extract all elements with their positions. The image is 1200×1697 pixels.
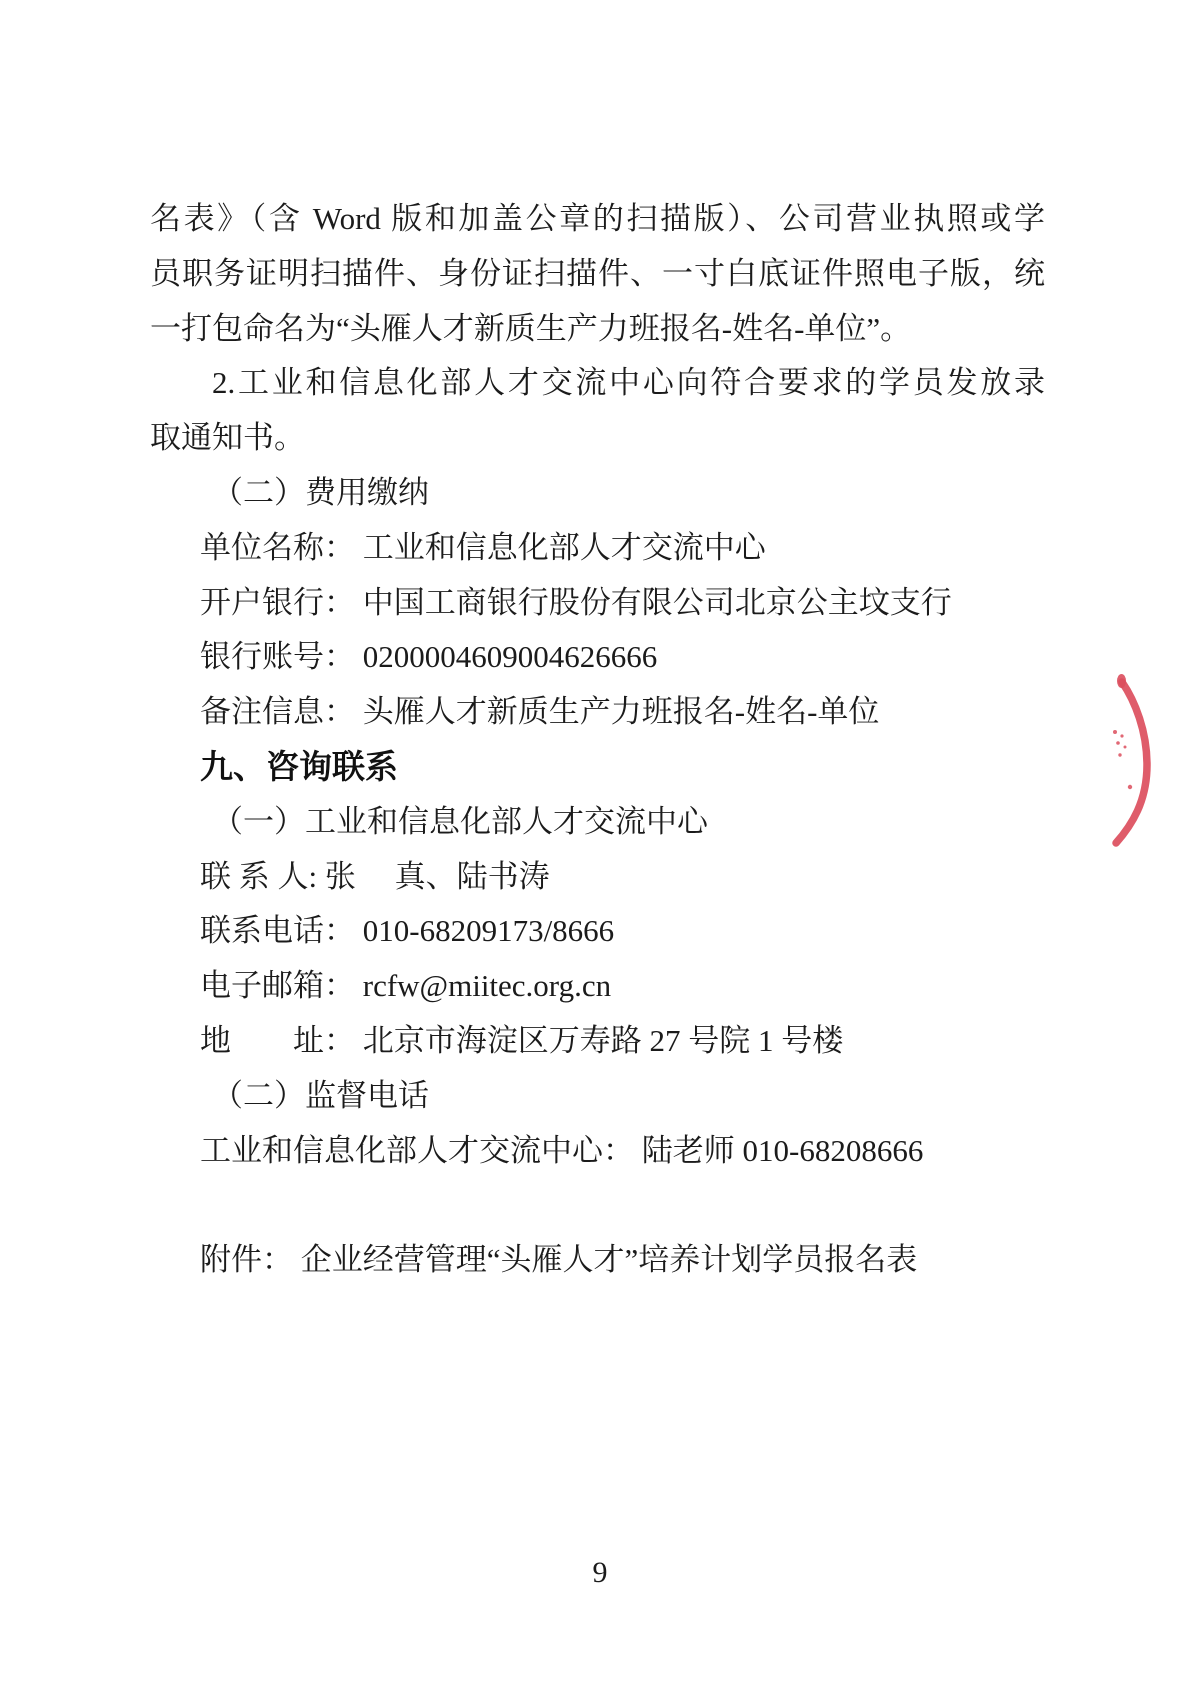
text-line: 名表》（含 Word 版和加盖公章的扫描版）、公司营业执照或学 bbox=[150, 192, 1045, 247]
red-seal-stamp bbox=[1100, 668, 1164, 853]
section-heading: 九、咨询联系 bbox=[150, 740, 1045, 795]
text-line: 地 址： 北京市海淀区万寿路 27 号院 1 号楼 bbox=[150, 1014, 1045, 1069]
text-line: 取通知书。 bbox=[150, 411, 1045, 466]
document-body: 名表》（含 Word 版和加盖公章的扫描版）、公司营业执照或学员职务证明扫描件、… bbox=[150, 192, 1045, 1288]
stamp-speckle bbox=[1128, 785, 1132, 789]
text-line: 电子邮箱： rcfw@miitec.org.cn bbox=[150, 959, 1045, 1014]
text-line: 员职务证明扫描件、身份证扫描件、一寸白底证件照电子版，统 bbox=[150, 247, 1045, 302]
stamp-arc bbox=[1116, 682, 1147, 843]
text-line: 单位名称： 工业和信息化部人才交流中心 bbox=[150, 521, 1045, 576]
text-line: 开户银行： 中国工商银行股份有限公司北京公主坟支行 bbox=[150, 576, 1045, 631]
text-line: 联 系 人: 张 真、陆书涛 bbox=[150, 850, 1045, 905]
stamp-ink-blob bbox=[1117, 674, 1126, 688]
document-page: 名表》（含 Word 版和加盖公章的扫描版）、公司营业执照或学员职务证明扫描件、… bbox=[0, 0, 1200, 1697]
text-line: 2.工业和信息化部人才交流中心向符合要求的学员发放录 bbox=[150, 356, 1045, 411]
text-line: 银行账号： 0200004609004626666 bbox=[150, 630, 1045, 685]
stamp-speckle bbox=[1113, 730, 1117, 734]
text-line: 备注信息： 头雁人才新质生产力班报名-姓名-单位 bbox=[150, 685, 1045, 740]
text-line: 联系电话： 010-68209173/8666 bbox=[150, 904, 1045, 959]
red-seal-stamp-graphic bbox=[1100, 668, 1164, 853]
text-line: 工业和信息化部人才交流中心： 陆老师 010-68208666 bbox=[150, 1124, 1045, 1179]
text-line: （二）费用缴纳 bbox=[150, 466, 1045, 521]
text-line: 附件： 企业经营管理“头雁人才”培养计划学员报名表 bbox=[150, 1233, 1045, 1288]
blank-line bbox=[150, 1178, 1045, 1233]
page-number: 9 bbox=[0, 1556, 1200, 1590]
text-line: 一打包命名为“头雁人才新质生产力班报名-姓名-单位”。 bbox=[150, 302, 1045, 357]
text-line: （一）工业和信息化部人才交流中心 bbox=[150, 795, 1045, 850]
stamp-speckle bbox=[1118, 753, 1121, 756]
stamp-speckle bbox=[1116, 741, 1120, 745]
stamp-speckle bbox=[1120, 734, 1123, 737]
stamp-speckle bbox=[1124, 746, 1127, 749]
text-line: （二）监督电话 bbox=[150, 1069, 1045, 1124]
